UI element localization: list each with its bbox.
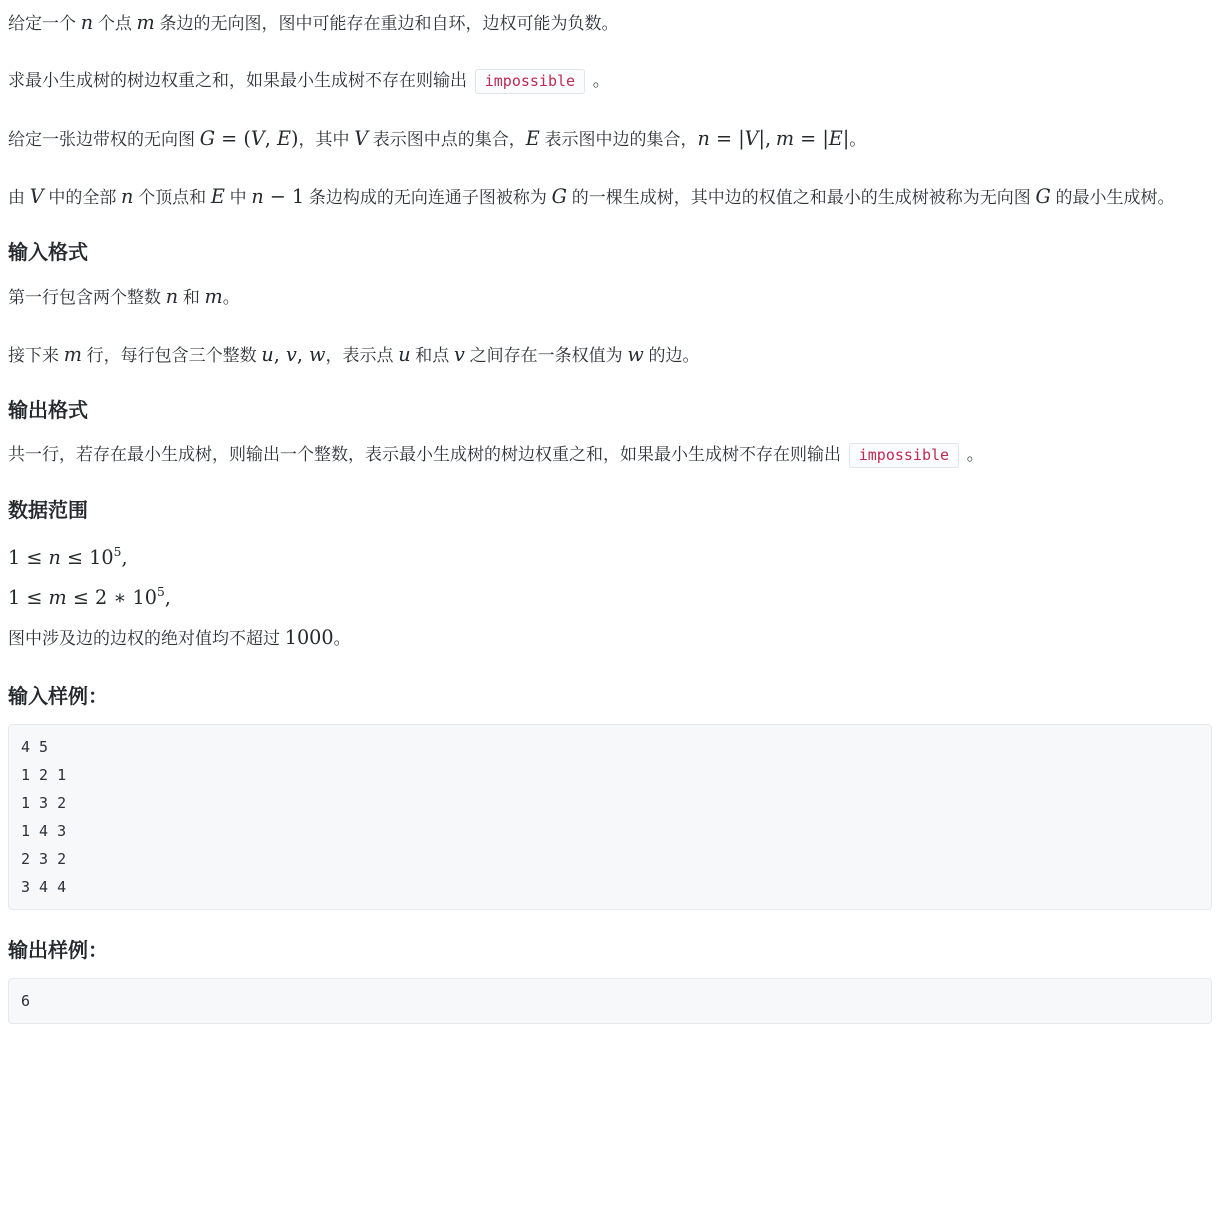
math-superscript: 5	[157, 585, 165, 599]
text-run: 。	[334, 629, 351, 648]
math-expression: n	[81, 11, 93, 34]
section-heading-data-range: 数据范围	[8, 496, 1212, 526]
inline-code: impossible	[849, 443, 959, 468]
text-run: 条边的无向图，图中可能存在重边和自环，边权可能为负数。	[155, 14, 619, 33]
math-expression: G	[1035, 185, 1050, 208]
math-expression: G	[552, 185, 567, 208]
text-run: 中	[225, 188, 251, 207]
text-run: 个点	[93, 14, 136, 33]
sample-input-code-block: 4 51 2 11 3 21 4 32 3 23 4 4	[8, 724, 1212, 910]
text-run: 。	[849, 130, 866, 149]
code-line: 1 2 1	[21, 761, 1199, 789]
text-run: 的一棵生成树，其中边的权值之和最小的生成树被称为无向图	[567, 188, 1035, 207]
math-expression: n − 1	[251, 185, 304, 208]
paragraph-problem-intro: 给定一个 n 个点 m 条边的无向图，图中可能存在重边和自环，边权可能为负数。	[8, 6, 1212, 40]
text-run: 表示图中点的集合，	[368, 130, 526, 149]
text-run: ，其中	[298, 130, 354, 149]
constraint-weight: 图中涉及边的边权的绝对值均不超过 1000。	[8, 618, 1212, 658]
math-expression: ,	[121, 546, 127, 569]
constraint-m: 1 ≤ m ≤ 2 ∗ 105,	[8, 578, 1212, 618]
text-run: 和点	[411, 346, 454, 365]
paragraph-task: 求最小生成树的树边权重之和，如果最小生成树不存在则输出 impossible 。	[8, 64, 1212, 98]
math-expression: m	[137, 11, 155, 34]
math-expression: u, v, w	[261, 343, 325, 366]
code-line: 1 4 3	[21, 817, 1199, 845]
paragraph-mst-definition: 由 V 中的全部 n 个顶点和 E 中 n − 1 条边构成的无向连通子图被称为…	[8, 180, 1212, 214]
math-expression: w	[627, 343, 643, 366]
text-run: 。	[588, 71, 610, 90]
text-run: 由	[8, 188, 30, 207]
section-heading-sample-input: 输入样例：	[8, 682, 1212, 712]
text-run: 给定一张边带权的无向图	[8, 130, 200, 149]
math-expression: n	[166, 285, 178, 308]
inline-code: impossible	[475, 69, 585, 94]
math-expression: n	[121, 185, 133, 208]
code-line: 4 5	[21, 733, 1199, 761]
text-run: 共一行，若存在最小生成树，则输出一个整数，表示最小生成树的树边权重之和，如果最小…	[8, 445, 846, 464]
text-run: 行，每行包含三个整数	[82, 346, 261, 365]
section-heading-sample-output: 输出样例：	[8, 936, 1212, 966]
math-expression: 5	[157, 586, 165, 609]
math-expression: V	[354, 127, 368, 150]
text-run: 个顶点和	[133, 188, 210, 207]
text-run: 中的全部	[44, 188, 121, 207]
math-expression: G = (V, E)	[200, 127, 299, 150]
math-expression: m	[205, 285, 223, 308]
text-run: ，表示点	[325, 346, 398, 365]
paragraph-graph-definition: 给定一张边带权的无向图 G = (V, E)，其中 V 表示图中点的集合，E 表…	[8, 122, 1212, 156]
code-line: 6	[21, 987, 1199, 1015]
section-heading-output-format: 输出格式	[8, 396, 1212, 426]
math-expression: E	[526, 127, 540, 150]
math-expression: ,	[165, 586, 171, 609]
math-expression: 1 ≤ m ≤ 2 ∗ 10	[8, 586, 157, 609]
data-range-constraints: 1 ≤ n ≤ 105, 1 ≤ m ≤ 2 ∗ 105, 图中涉及边的边权的绝…	[8, 538, 1212, 658]
math-superscript: 5	[114, 545, 122, 559]
text-run: 和	[178, 288, 204, 307]
math-expression: E	[211, 185, 225, 208]
text-run: 图中涉及边的边权的绝对值均不超过	[8, 629, 285, 648]
math-expression: n = |V|,	[698, 127, 772, 150]
math-expression: m	[64, 343, 82, 366]
math-expression: u	[398, 343, 410, 366]
sample-output-code-block: 6	[8, 978, 1212, 1024]
code-line: 2 3 2	[21, 845, 1199, 873]
paragraph-input-lines: 接下来 m 行，每行包含三个整数 u, v, w，表示点 u 和点 v 之间存在…	[8, 338, 1212, 372]
code-line: 1 3 2	[21, 789, 1199, 817]
text-run: 的最小生成树。	[1051, 188, 1175, 207]
paragraph-output-description: 共一行，若存在最小生成树，则输出一个整数，表示最小生成树的树边权重之和，如果最小…	[8, 438, 1212, 472]
text-run: 的边。	[644, 346, 700, 365]
math-expression: 1000	[285, 626, 334, 649]
text-run: 第一行包含两个整数	[8, 288, 166, 307]
text-run: 表示图中边的集合，	[540, 130, 698, 149]
section-heading-input-format: 输入格式	[8, 238, 1212, 268]
text-run: 求最小生成树的树边权重之和，如果最小生成树不存在则输出	[8, 71, 472, 90]
math-expression: V	[30, 185, 44, 208]
text-run: 条边构成的无向连通子图被称为	[304, 188, 551, 207]
text-run: 。	[223, 288, 240, 307]
text-run: 给定一个	[8, 14, 81, 33]
math-expression: m = |E|	[776, 127, 849, 150]
problem-statement: 给定一个 n 个点 m 条边的无向图，图中可能存在重边和自环，边权可能为负数。 …	[8, 6, 1212, 1024]
paragraph-input-line1: 第一行包含两个整数 n 和 m。	[8, 280, 1212, 314]
math-expression: 1 ≤ n ≤ 10	[8, 546, 114, 569]
math-expression: v	[454, 343, 465, 366]
text-run: 。	[962, 445, 984, 464]
constraint-n: 1 ≤ n ≤ 105,	[8, 538, 1212, 578]
text-run: 之间存在一条权值为	[465, 346, 627, 365]
code-line: 3 4 4	[21, 873, 1199, 901]
text-run: 接下来	[8, 346, 64, 365]
